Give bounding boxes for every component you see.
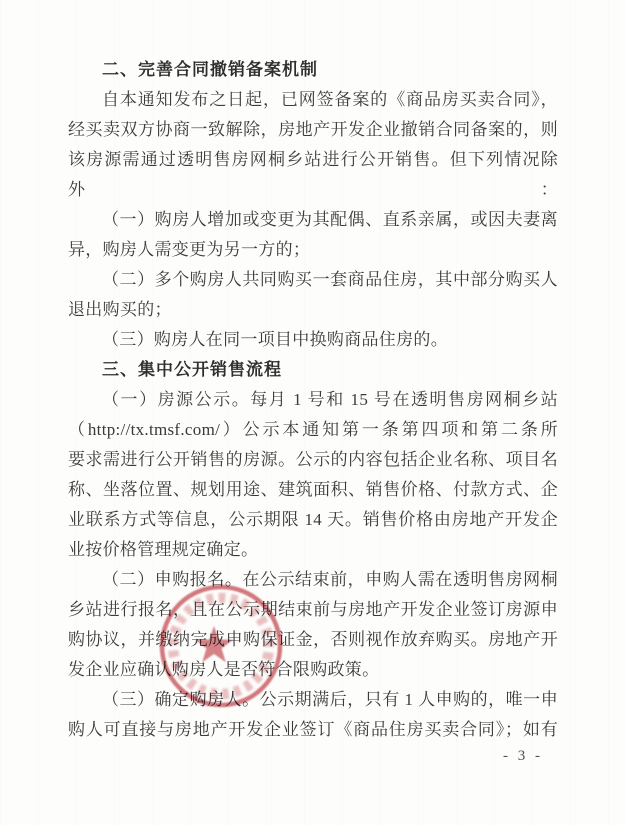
page-number: - 3 - (503, 748, 543, 765)
body-line: 购人可直接与房地产开发企业签订《商品住房买卖合同》；如有 (68, 715, 558, 745)
body-line-item-3: （三）购房人在同一项目中换购商品住房的。 (68, 325, 558, 355)
section-heading-2: 二、完善合同撤销备案机制 (68, 55, 558, 85)
body-line: 自本通知发布之日起，已网签备案的《商品房买卖合同》， (68, 85, 558, 115)
body-line: 异，购房人需变更为另一方的； (68, 235, 558, 265)
body-line: 业联系方式等信息，公示期限 14 天。销售价格由房地产开发企 (68, 505, 558, 535)
body-line: 退出购买的； (68, 295, 558, 325)
body-line: 要求需进行公开销售的房源。公示的内容包括企业名称、项目名 (68, 445, 558, 475)
document-page: 二、完善合同撤销备案机制 自本通知发布之日起，已网签备案的《商品房买卖合同》， … (0, 0, 625, 825)
document-body: 二、完善合同撤销备案机制 自本通知发布之日起，已网签备案的《商品房买卖合同》， … (68, 55, 558, 745)
body-line-item-3: （三）确定购房人。公示期满后，只有 1 人申购的，唯一申 (68, 685, 558, 715)
body-line-item-1: （一）购房人增加或变更为其配偶、直系亲属，或因夫妻离 (68, 205, 558, 235)
body-line-item-2: （二）申购报名。在公示结束前，申购人需在透明售房网桐 (68, 565, 558, 595)
body-line: 购协议，并缴纳完成申购保证金，否则视作放弃购买。房地产开 (68, 625, 558, 655)
section-heading-3: 三、集中公开销售流程 (68, 355, 558, 385)
body-line-item-2: （二）多个购房人共同购买一套商品住房，其中部分购买人 (68, 265, 558, 295)
body-line: 称、坐落位置、规划用途、建筑面积、销售价格、付款方式、企 (68, 475, 558, 505)
body-line: 乡站进行报名，且在公示期结束前与房地产开发企业签订房源申 (68, 595, 558, 625)
body-line: 该房源需通过透明售房网桐乡站进行公开销售。但下列情况除外： (68, 145, 558, 205)
body-line-item-1: （一）房源公示。每月 1 号和 15 号在透明售房网桐乡站 (68, 385, 558, 415)
body-line: 业按价格管理规定确定。 (68, 535, 558, 565)
body-line: 发企业应确认购房人是否符合限购政策。 (68, 655, 558, 685)
body-line: 经买卖双方协商一致解除，房地产开发企业撤销合同备案的，则 (68, 115, 558, 145)
body-line-url: （http://tx.tmsf.com/）公示本通知第一条第四项和第二条所 (68, 415, 558, 445)
